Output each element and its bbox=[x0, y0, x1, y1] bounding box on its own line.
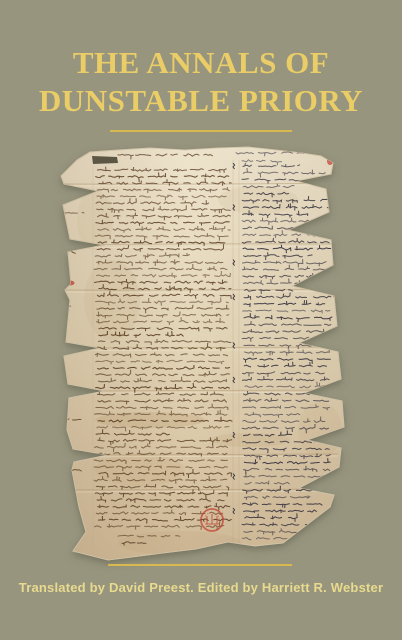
manuscript-photo bbox=[0, 0, 402, 640]
book-cover: THE ANNALS OF DUNSTABLE PRIORY Translate… bbox=[0, 0, 402, 640]
credit-line: Translated by David Preest. Edited by Ha… bbox=[0, 580, 402, 595]
credit-divider-rule bbox=[108, 564, 292, 566]
